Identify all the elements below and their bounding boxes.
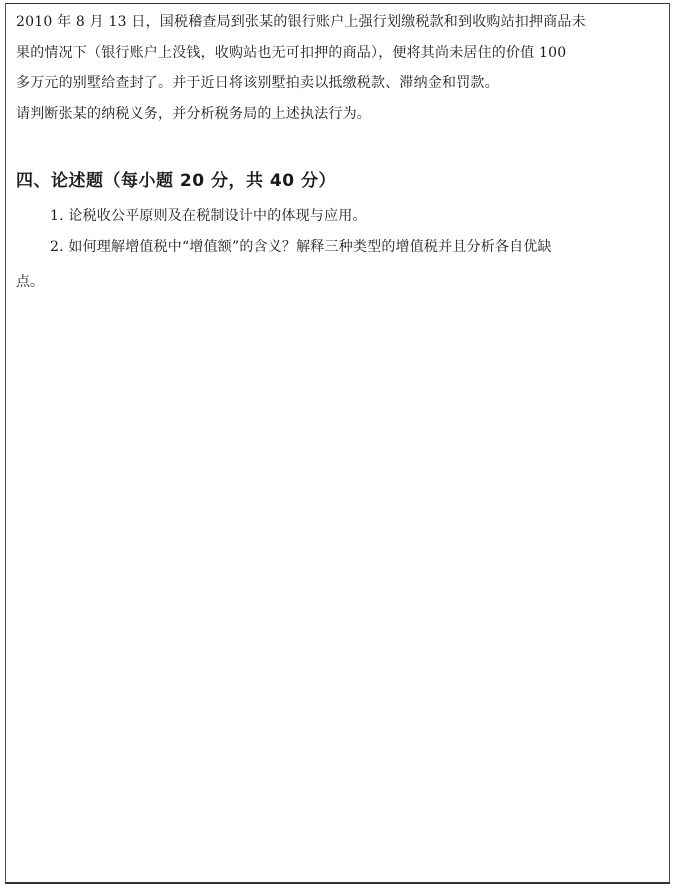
case-line-4: 请判断张某的纳税义务，并分析税务局的上述执法行为。 (16, 99, 662, 130)
case-line-1: 2010 年 8 月 13 日，国税稽查局到张某的银行账户上强行划缴税款和到收购… (16, 7, 662, 38)
question-1: 1. 论税收公平原则及在税制设计中的体现与应用。 (50, 205, 367, 225)
case-line-3: 多万元的别墅给查封了。并于近日将该别墅拍卖以抵缴税款、滞纳金和罚款。 (16, 68, 662, 99)
question-2: 2. 如何理解增值税中“增值额”的含义？解释三种类型的增值税并且分析各自优缺 (50, 236, 552, 256)
question-2-continuation: 点。 (16, 271, 44, 291)
case-line-2: 果的情况下（银行账户上没钱，收购站也无可扣押的商品），便将其尚未居住的价值 10… (16, 38, 662, 69)
page-border (5, 3, 670, 884)
section-heading: 四、论述题（每小题 20 分，共 40 分） (16, 166, 336, 191)
case-paragraph: 2010 年 8 月 13 日，国税稽查局到张某的银行账户上强行划缴税款和到收购… (16, 7, 662, 129)
